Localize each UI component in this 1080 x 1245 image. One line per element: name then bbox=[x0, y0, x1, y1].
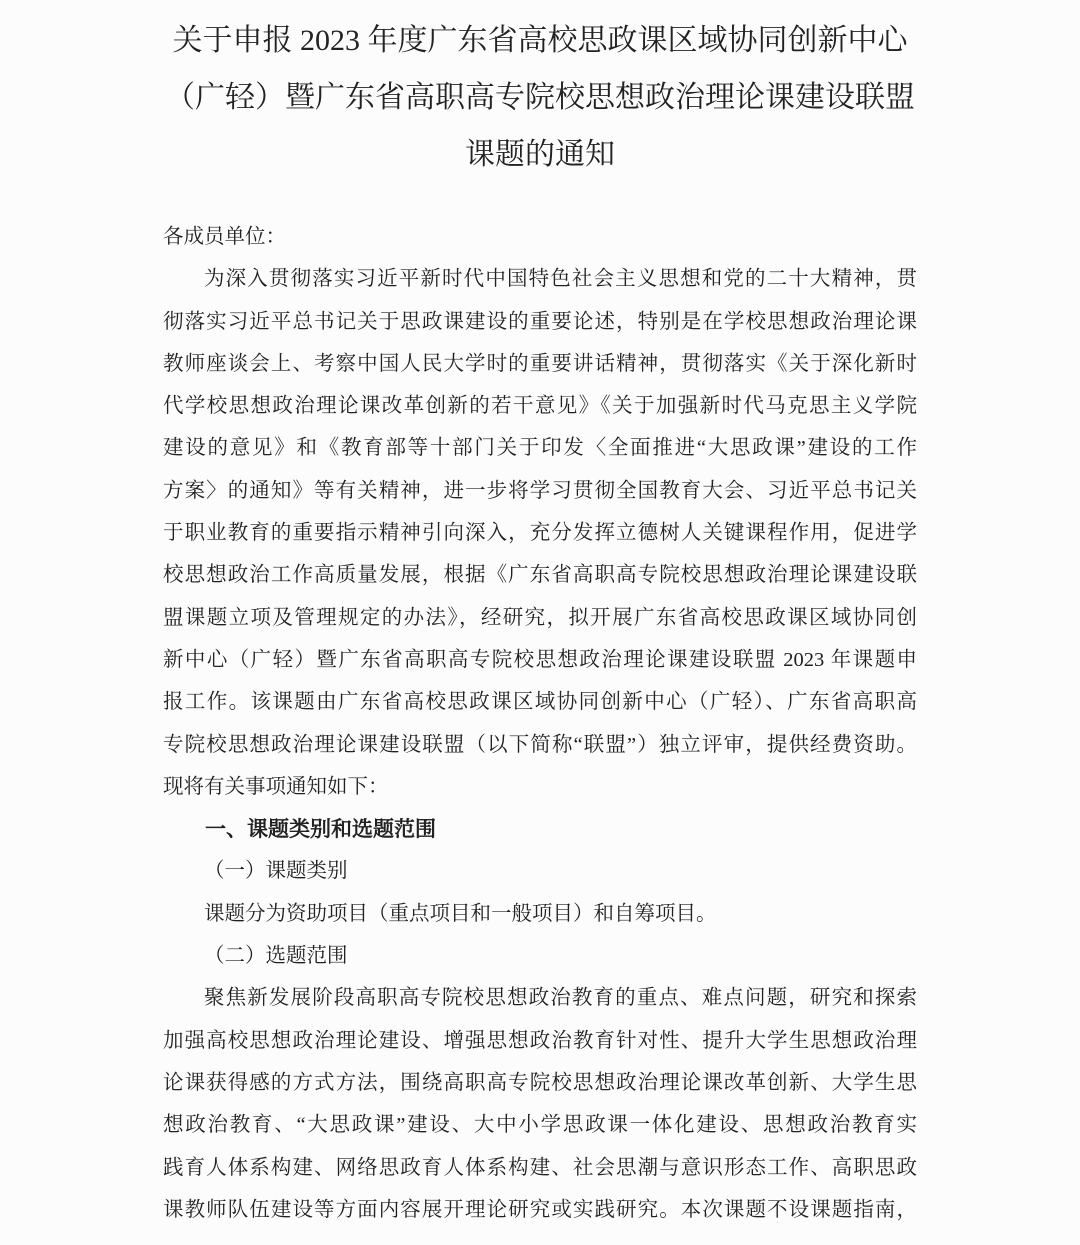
paragraph-3-line: 践育人体系构建、网络思政育人体系构建、社会思潮与意识形态工作、高职思政 bbox=[163, 1147, 917, 1189]
paragraph-3-line: 聚焦新发展阶段高职高专院校思想政治教育的重点、难点问题，研究和探索 bbox=[163, 977, 917, 1019]
paragraph-1-line: 建设的意见》和《教育部等十部门关于印发〈全面推进“大思政课”建设的工作 bbox=[163, 427, 917, 469]
paragraph-1-line: 现将有关事项通知如下： bbox=[163, 766, 917, 808]
paragraph-2-line: 课题分为资助项目（重点项目和一般项目）和自筹项目。 bbox=[163, 893, 917, 935]
paragraph-1-line: 报工作。该课题由广东省高校思政课区域协同创新中心（广轻）、广东省高职高 bbox=[163, 681, 917, 723]
paragraph-1-line: 盟课题立项及管理规定的办法》，经研究，拟开展广东省高校思政课区域协同创 bbox=[163, 597, 917, 639]
document-body: 各成员单位： 为深入贯彻落实习近平新时代中国特色社会主义思想和党的二十大精神，贯… bbox=[163, 216, 917, 1231]
paragraph-1-line: 于职业教育的重要指示精神引向深入，充分发挥立德树人关键课程作用，促进学 bbox=[163, 512, 917, 554]
subsection-heading-2: （二）选题范围 bbox=[163, 935, 917, 977]
paragraph-1-line: 为深入贯彻落实习近平新时代中国特色社会主义思想和党的二十大精神，贯 bbox=[163, 258, 917, 300]
paragraph-1-line: 方案〉的通知》等有关精神，进一步将学习贯彻全国教育大会、习近平总书记关 bbox=[163, 470, 917, 512]
paragraph-3-line: 想政治教育、“大思政课”建设、大中小学思政课一体化建设、思想政治教育实 bbox=[163, 1104, 917, 1146]
document-title: 关于申报 2023 年度广东省高校思政课区域协同创新中心 （广轻）暨广东省高职高… bbox=[163, 12, 917, 183]
title-line-3: 课题的通知 bbox=[163, 126, 917, 183]
paragraph-3-line: 加强高校思想政治理论建设、增强思想政治教育针对性、提升大学生思想政治理 bbox=[163, 1020, 917, 1062]
section-heading-1: 一、课题类别和选题范围 bbox=[163, 808, 917, 850]
document-page: 关于申报 2023 年度广东省高校思政课区域协同创新中心 （广轻）暨广东省高职高… bbox=[0, 0, 1080, 1245]
title-line-1: 关于申报 2023 年度广东省高校思政课区域协同创新中心 bbox=[163, 12, 917, 69]
paragraph-1-line: 新中心（广轻）暨广东省高职高专院校思想政治理论课建设联盟 2023 年课题申 bbox=[163, 639, 917, 681]
paragraph-1-line: 教师座谈会上、考察中国人民大学时的重要讲话精神，贯彻落实《关于深化新时 bbox=[163, 343, 917, 385]
paragraph-1-line: 彻落实习近平总书记关于思政课建设的重要论述，特别是在学校思想政治理论课 bbox=[163, 301, 917, 343]
paragraph-1-line: 校思想政治工作高质量发展，根据《广东省高职高专院校思想政治理论课建设联 bbox=[163, 554, 917, 596]
paragraph-3-line: 课教师队伍建设等方面内容展开理论研究或实践研究。本次课题不设课题指南， bbox=[163, 1189, 917, 1231]
subsection-heading-1: （一）课题类别 bbox=[163, 850, 917, 892]
salutation: 各成员单位： bbox=[163, 216, 917, 258]
paragraph-3-line: 论课获得感的方式方法，围绕高职高专院校思想政治理论课改革创新、大学生思 bbox=[163, 1062, 917, 1104]
paragraph-1-line: 代学校思想政治理论课改革创新的若干意见》《关于加强新时代马克思主义学院 bbox=[163, 385, 917, 427]
paragraph-1-line: 专院校思想政治理论课建设联盟（以下简称“联盟”）独立评审，提供经费资助。 bbox=[163, 724, 917, 766]
title-line-2: （广轻）暨广东省高职高专院校思想政治理论课建设联盟 bbox=[163, 69, 917, 126]
